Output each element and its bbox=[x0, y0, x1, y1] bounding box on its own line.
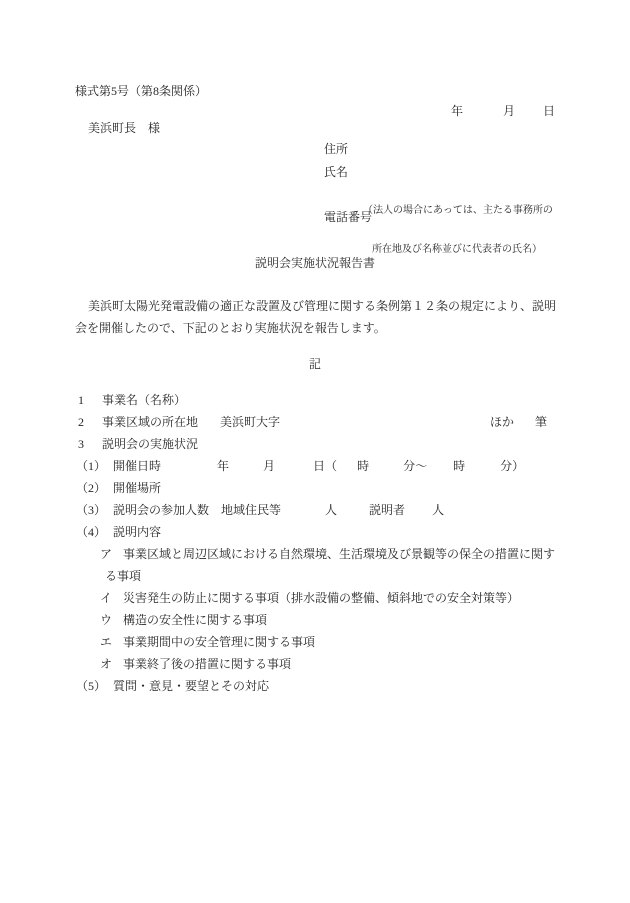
subitem-number: （3） bbox=[76, 499, 113, 521]
subitem-number: （5） bbox=[76, 675, 113, 697]
phone-label: 電話番号 bbox=[324, 206, 372, 228]
corporate-note: （法人の場合にあっては、主たる事務所の 所在地及び名称並びに代表者の氏名） bbox=[363, 178, 553, 282]
location-value-prefix: 美浜町大字 bbox=[220, 415, 280, 429]
fude-unit-label: 筆 bbox=[535, 415, 547, 429]
item-label: 説明会の実施状況 bbox=[102, 437, 198, 451]
item-project-name: 1事業名（名称） bbox=[75, 389, 555, 411]
subitem-label: 開催日時 bbox=[113, 459, 161, 473]
subitem-label: 開催場所 bbox=[113, 481, 161, 495]
addressee: 美浜町長 様 bbox=[88, 117, 160, 139]
kana-item-safety-management: エ事業期間中の安全管理に関する事項 bbox=[75, 631, 555, 653]
item-location-left: 2事業区域の所在地美浜町大字 bbox=[75, 411, 280, 433]
hour-label: 時 bbox=[453, 459, 465, 473]
participants-blank-fields: 地域住民等人説明者人 bbox=[209, 503, 444, 517]
presenter-label: 説明者 bbox=[369, 503, 405, 517]
record-marker: 記 bbox=[75, 353, 555, 375]
name-label: 氏名 bbox=[324, 161, 348, 183]
kana-item-environment: ア事業区域と周辺区域における自然環境、生活環境及び景観等の保全の措置に関す る事… bbox=[75, 543, 555, 587]
kana-item-disaster-prevention: イ災害発生の防止に関する事項（排水設備の整備、傾斜地での安全対策等） bbox=[75, 587, 555, 609]
parcel-count-blank: ほか筆 bbox=[490, 411, 547, 433]
subitem-questions-opinions: （5）質問・意見・要望とその対応 bbox=[75, 675, 555, 697]
month-label: 月 bbox=[503, 104, 515, 118]
month-label: 月 bbox=[263, 459, 275, 473]
subitem-venue: （2）開催場所 bbox=[75, 477, 555, 499]
kana-text: 構造の安全性に関する事項 bbox=[123, 613, 267, 627]
kana-text: 事業区域と周辺区域における自然環境、生活環境及び景観等の保全の措置に関す bbox=[123, 547, 555, 561]
person-unit-label: 人 bbox=[325, 503, 337, 517]
subitem-number: （1） bbox=[76, 455, 113, 477]
corporate-note-line1: （法人の場合にあっては、主たる事務所の bbox=[363, 204, 553, 217]
day-label: 日 bbox=[543, 104, 555, 118]
minute-to-label: 分） bbox=[500, 459, 524, 473]
item-label: 事業名（名称） bbox=[102, 393, 186, 407]
kana-marker: オ bbox=[100, 653, 123, 675]
form-number: 様式第5号（第8条関係） bbox=[75, 80, 207, 102]
day-label: 日（ bbox=[313, 459, 337, 473]
kana-text-continuation: る事項 bbox=[75, 565, 555, 587]
item-number: 1 bbox=[78, 389, 102, 411]
address-label: 住所 bbox=[324, 138, 348, 160]
kana-item-post-project-measures: オ事業終了後の措置に関する事項 bbox=[75, 653, 555, 675]
residents-label: 地域住民等 bbox=[221, 503, 281, 517]
kana-marker: エ bbox=[100, 631, 123, 653]
item-meeting-status: 3説明会の実施状況 bbox=[75, 433, 555, 455]
subitem-label: 説明会の参加人数 bbox=[113, 503, 209, 517]
subitem-participants: （3）説明会の参加人数地域住民等人説明者人 bbox=[75, 499, 555, 521]
kana-marker: ウ bbox=[100, 609, 123, 631]
subitem-number: （2） bbox=[76, 477, 113, 499]
subitem-label: 説明内容 bbox=[113, 525, 161, 539]
hour-label: 時 bbox=[357, 459, 369, 473]
item-number: 3 bbox=[78, 433, 102, 455]
kana-text: 事業終了後の措置に関する事項 bbox=[123, 657, 291, 671]
kana-text: 災害発生の防止に関する事項（排水設備の整備、傾斜地での安全対策等） bbox=[123, 591, 519, 605]
body-paragraph-line1: 美浜町太陽光発電設備の適正な設置及び管理に関する条例第１２条の規定により、説明 bbox=[75, 295, 555, 317]
document-page: 様式第5号（第8条関係） 年月日 美浜町長 様 住所 氏名 （法人の場合にあって… bbox=[0, 0, 630, 903]
item-number: 2 bbox=[78, 411, 102, 433]
subitem-number: （4） bbox=[76, 521, 113, 543]
kana-item-structural-safety: ウ構造の安全性に関する事項 bbox=[75, 609, 555, 631]
subitem-contents: （4）説明内容 bbox=[75, 521, 555, 543]
body-paragraph-line2: 会を開催したので、下記のとおり実施状況を報告します。 bbox=[75, 317, 555, 339]
kana-marker: イ bbox=[100, 587, 123, 609]
year-label: 年 bbox=[217, 459, 229, 473]
datetime-blank-fields: 年月日（時分～時分） bbox=[161, 459, 524, 473]
kana-marker: ア bbox=[100, 543, 123, 565]
kana-text: 事業期間中の安全管理に関する事項 bbox=[123, 635, 315, 649]
subitem-label: 質問・意見・要望とその対応 bbox=[113, 679, 269, 693]
minute-from-label: 分～ bbox=[403, 459, 427, 473]
person-unit-label: 人 bbox=[432, 503, 444, 517]
year-label: 年 bbox=[451, 104, 463, 118]
item-project-location: 2事業区域の所在地美浜町大字 ほか筆 bbox=[75, 411, 555, 433]
corporate-note-line2: 所在地及び名称並びに代表者の氏名） bbox=[372, 243, 553, 256]
subitem-datetime: （1）開催日時年月日（時分～時分） bbox=[75, 455, 555, 477]
hoka-label: ほか bbox=[490, 415, 514, 429]
item-label: 事業区域の所在地 bbox=[102, 415, 198, 429]
